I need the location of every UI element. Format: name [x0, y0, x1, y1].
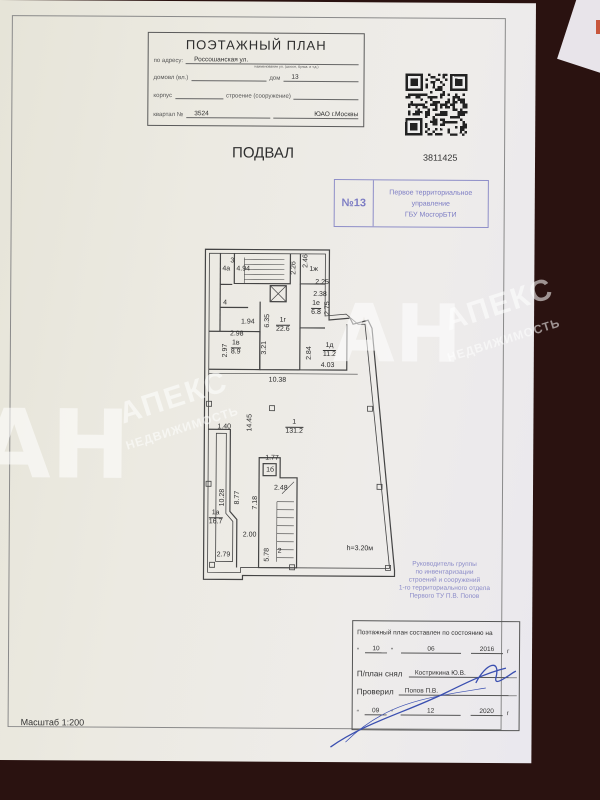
- dim-label: 5.78: [264, 548, 272, 562]
- state-date-header: Поэтажный план составлен по состоянию на: [357, 629, 515, 637]
- dim-label: 2.98: [230, 330, 244, 338]
- dim-label: 2.26: [290, 261, 298, 275]
- dim-label: 1.94: [241, 318, 255, 326]
- dim-label: 2.00: [243, 531, 257, 539]
- room-1d-label: 1д 11.2: [323, 342, 336, 359]
- dim-label: 2.25: [315, 279, 329, 287]
- scale-label: Масштаб 1:200: [21, 717, 85, 727]
- dim-label: 14.45: [246, 414, 254, 432]
- inventory-group-stamp: Руководитель группы по инвентаризации ст…: [389, 560, 499, 601]
- dim-label: 3.21: [261, 341, 269, 355]
- room-label-4: 4: [223, 299, 227, 307]
- dim-label: 2.48: [274, 485, 288, 493]
- dim-label: 2.79: [217, 551, 231, 559]
- ceiling-height: h=3.20м: [347, 545, 373, 553]
- room-label-4a: 4а: [222, 265, 230, 273]
- signature-scribble: [325, 642, 526, 753]
- dim-label: 10.38: [269, 377, 287, 385]
- dim-label: 2.38: [313, 291, 327, 299]
- room-1v-label: 1в 8.9: [231, 339, 241, 356]
- room-label-2: 2: [278, 548, 282, 556]
- dim-label: 1.40: [217, 423, 231, 431]
- dim-label: 6.35: [264, 314, 272, 328]
- room-1e-label: 1е 6.8: [311, 300, 321, 317]
- room-label-3: 3: [230, 257, 234, 265]
- dim-label: 2.75: [324, 301, 332, 315]
- floor-plan-sheet: ПОЭТАЖНЫЙ ПЛАН по адресу: Россошанская у…: [0, 0, 536, 763]
- room-label-1zh: 1ж: [309, 266, 318, 274]
- room-label-1b: 1б: [266, 467, 274, 475]
- dim-label: 4.03: [321, 362, 335, 370]
- room-1g-label: 1г 22.6: [276, 317, 290, 334]
- room-1-label: 1 131.2: [285, 419, 303, 436]
- dim-label: 4.94: [236, 265, 250, 273]
- dim-label: 1.77: [265, 455, 279, 463]
- dim-label: 2.84: [306, 346, 314, 360]
- dim-label: 2.97: [222, 344, 230, 358]
- dim-label: 8.77: [234, 491, 242, 505]
- dim-label: 7.18: [252, 496, 260, 510]
- room-1a-label: 1а 16.7: [209, 509, 223, 526]
- dim-label: 10.28: [219, 489, 227, 507]
